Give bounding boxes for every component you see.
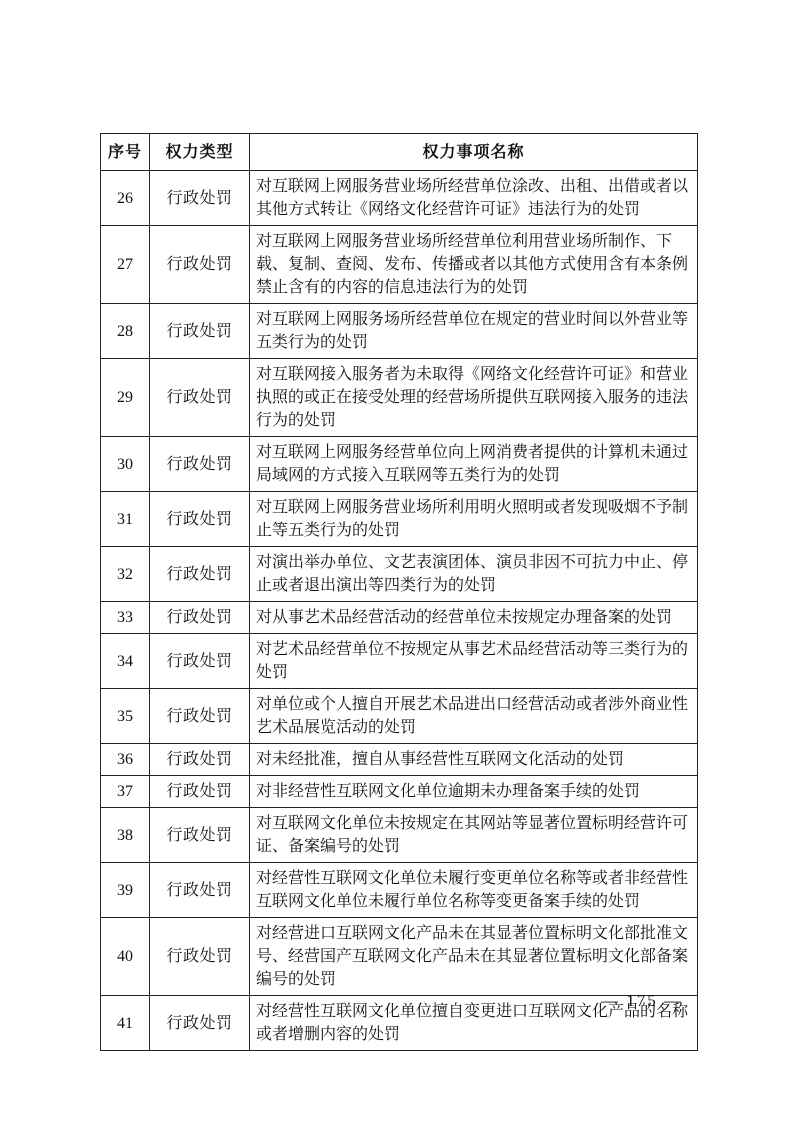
table-row: 40 行政处罚 对经营进口互联网文化产品未在其显著位置标明文化部批准文号、经营国…	[101, 918, 698, 996]
table-row: 30 行政处罚 对互联网上网服务经营单位向上网消费者提供的计算机未通过局域网的方…	[101, 437, 698, 492]
table-row: 29 行政处罚 对互联网接入服务者为未取得《网络文化经营许可证》和营业执照的或正…	[101, 359, 698, 437]
row-number-cell: 37	[101, 776, 150, 808]
table-row: 37 行政处罚 对非经营性互联网文化单位逾期未办理备案手续的处罚	[101, 776, 698, 808]
table-row: 27 行政处罚 对互联网上网服务营业场所经营单位利用营业场所制作、下载、复制、查…	[101, 226, 698, 304]
power-type-cell: 行政处罚	[150, 863, 250, 918]
header-col-power-item-name: 权力事项名称	[250, 134, 698, 171]
table-row: 31 行政处罚 对互联网上网服务营业场所利用明火照明或者发现吸烟不予制止等五类行…	[101, 492, 698, 547]
power-type-cell: 行政处罚	[150, 689, 250, 744]
power-item-cell: 对互联网上网服务经营单位向上网消费者提供的计算机未通过局域网的方式接入互联网等五…	[250, 437, 698, 492]
power-item-cell: 对互联网上网服务营业场所利用明火照明或者发现吸烟不予制止等五类行为的处罚	[250, 492, 698, 547]
row-number-cell: 28	[101, 304, 150, 359]
power-item-cell: 对艺术品经营单位不按规定从事艺术品经营活动等三类行为的处罚	[250, 634, 698, 689]
row-number-cell: 40	[101, 918, 150, 996]
row-number-cell: 27	[101, 226, 150, 304]
table-row: 34 行政处罚 对艺术品经营单位不按规定从事艺术品经营活动等三类行为的处罚	[101, 634, 698, 689]
power-type-cell: 行政处罚	[150, 918, 250, 996]
row-number-cell: 35	[101, 689, 150, 744]
power-type-cell: 行政处罚	[150, 437, 250, 492]
power-item-cell: 对互联网接入服务者为未取得《网络文化经营许可证》和营业执照的或正在接受处理的经营…	[250, 359, 698, 437]
row-number-cell: 33	[101, 602, 150, 634]
table-row: 35 行政处罚 对单位或个人擅自开展艺术品进出口经营活动或者涉外商业性艺术品展览…	[101, 689, 698, 744]
power-type-cell: 行政处罚	[150, 304, 250, 359]
power-type-cell: 行政处罚	[150, 226, 250, 304]
table-row: 32 行政处罚 对演出举办单位、文艺表演团体、演员非因不可抗力中止、停止或者退出…	[101, 547, 698, 602]
power-item-cell: 对互联网上网服务营业场所经营单位利用营业场所制作、下载、复制、查阅、发布、传播或…	[250, 226, 698, 304]
row-number-cell: 30	[101, 437, 150, 492]
power-item-cell: 对经营性互联网文化单位未履行变更单位名称等或者非经营性互联网文化单位未履行单位名…	[250, 863, 698, 918]
header-col-number: 序号	[101, 134, 150, 171]
table-row: 28 行政处罚 对互联网上网服务场所经营单位在规定的营业时间以外营业等五类行为的…	[101, 304, 698, 359]
power-item-cell: 对互联网上网服务场所经营单位在规定的营业时间以外营业等五类行为的处罚	[250, 304, 698, 359]
row-number-cell: 29	[101, 359, 150, 437]
power-item-cell: 对互联网上网服务营业场所经营单位涂改、出租、出借或者以其他方式转让《网络文化经营…	[250, 171, 698, 226]
power-type-cell: 行政处罚	[150, 808, 250, 863]
row-number-cell: 34	[101, 634, 150, 689]
power-type-cell: 行政处罚	[150, 492, 250, 547]
row-number-cell: 31	[101, 492, 150, 547]
header-col-power-type: 权力类型	[150, 134, 250, 171]
table-row: 33 行政处罚 对从事艺术品经营活动的经营单位未按规定办理备案的处罚	[101, 602, 698, 634]
power-type-cell: 行政处罚	[150, 602, 250, 634]
power-item-cell: 对单位或个人擅自开展艺术品进出口经营活动或者涉外商业性艺术品展览活动的处罚	[250, 689, 698, 744]
table-row: 36 行政处罚 对未经批准，擅自从事经营性互联网文化活动的处罚	[101, 744, 698, 776]
power-type-cell: 行政处罚	[150, 171, 250, 226]
power-type-cell: 行政处罚	[150, 996, 250, 1051]
power-items-table: 序号 权力类型 权力事项名称 26 行政处罚 对互联网上网服务营业场所经营单位涂…	[100, 133, 698, 1051]
row-number-cell: 26	[101, 171, 150, 226]
power-type-cell: 行政处罚	[150, 744, 250, 776]
power-item-cell: 对演出举办单位、文艺表演团体、演员非因不可抗力中止、停止或者退出演出等四类行为的…	[250, 547, 698, 602]
table-header-row: 序号 权力类型 权力事项名称	[101, 134, 698, 171]
row-number-cell: 32	[101, 547, 150, 602]
table-row: 26 行政处罚 对互联网上网服务营业场所经营单位涂改、出租、出借或者以其他方式转…	[101, 171, 698, 226]
row-number-cell: 36	[101, 744, 150, 776]
power-type-cell: 行政处罚	[150, 776, 250, 808]
power-type-cell: 行政处罚	[150, 634, 250, 689]
page-number: — 175 —	[601, 991, 683, 1011]
power-item-cell: 对互联网文化单位未按规定在其网站等显著位置标明经营许可证、备案编号的处罚	[250, 808, 698, 863]
power-item-cell: 对非经营性互联网文化单位逾期未办理备案手续的处罚	[250, 776, 698, 808]
power-type-cell: 行政处罚	[150, 547, 250, 602]
power-type-cell: 行政处罚	[150, 359, 250, 437]
row-number-cell: 39	[101, 863, 150, 918]
power-item-cell: 对经营进口互联网文化产品未在其显著位置标明文化部批准文号、经营国产互联网文化产品…	[250, 918, 698, 996]
power-item-cell: 对从事艺术品经营活动的经营单位未按规定办理备案的处罚	[250, 602, 698, 634]
document-page: 序号 权力类型 权力事项名称 26 行政处罚 对互联网上网服务营业场所经营单位涂…	[0, 0, 793, 1122]
table-row: 39 行政处罚 对经营性互联网文化单位未履行变更单位名称等或者非经营性互联网文化…	[101, 863, 698, 918]
row-number-cell: 38	[101, 808, 150, 863]
table-row: 38 行政处罚 对互联网文化单位未按规定在其网站等显著位置标明经营许可证、备案编…	[101, 808, 698, 863]
row-number-cell: 41	[101, 996, 150, 1051]
power-item-cell: 对未经批准，擅自从事经营性互联网文化活动的处罚	[250, 744, 698, 776]
